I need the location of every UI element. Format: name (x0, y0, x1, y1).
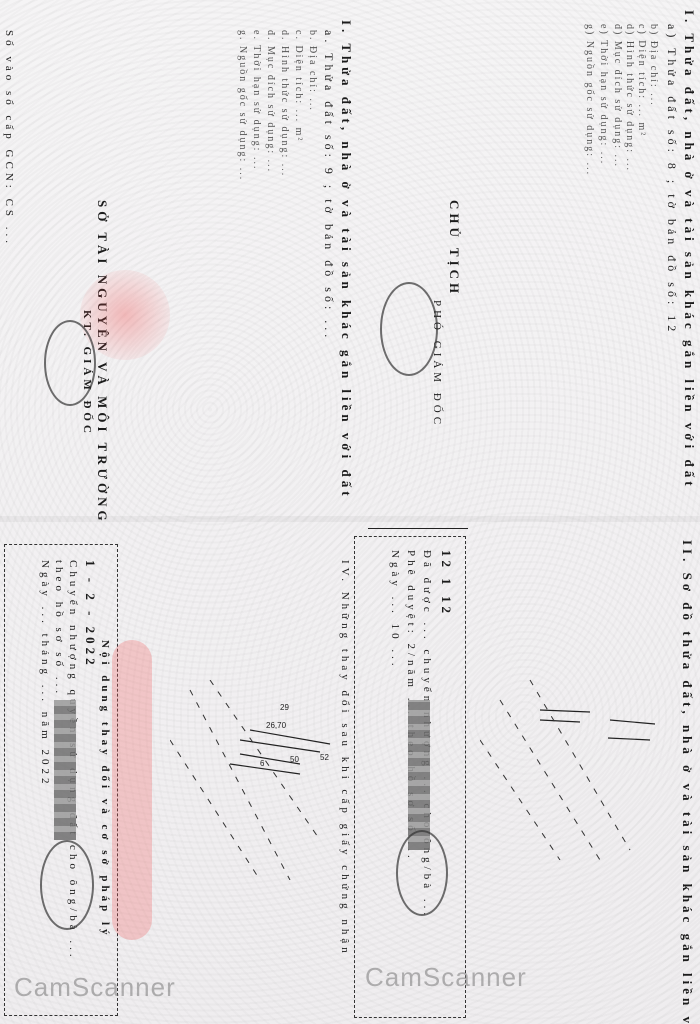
parcel-line: g. Nguồn gốc sử dụng: ... (236, 30, 249, 490)
plot-dimension: 50 (290, 755, 299, 764)
parcel-line: d) Hình thức sử dụng: ... (623, 24, 636, 494)
plot-sketch (480, 660, 680, 860)
panel-heading: II. Sơ đồ thửa đất, nhà ở và tài sản khá… (681, 540, 694, 1020)
plot-dimension: 52 (320, 753, 329, 762)
parcel-line: d. Hình thức sử dụng: ... (278, 30, 291, 490)
parcel-line: e) Thời hạn sử dụng: ... (597, 24, 610, 494)
plot-dimension: 6 (260, 759, 265, 768)
scanner-watermark: CamScanner (14, 972, 176, 1003)
parcel-line: c. Diện tích: ... m² (292, 30, 305, 490)
parcel-line: c) Diện tích: ... m² (635, 24, 648, 494)
parcel-line: đ) Mục đích sử dụng: ... (611, 24, 624, 494)
parcel-line: b. Địa chỉ: ... (306, 30, 319, 490)
section-caption: Nội dung thay đổi và cơ sở pháp lý (98, 640, 111, 1000)
official-seal (396, 830, 448, 916)
entry-line: Ngày ... 10 ... (388, 550, 401, 970)
panel-heading: I. Thửa đất, nhà ở và tài sản khác gắn l… (683, 10, 696, 490)
entry-code: 12 1 12 (440, 550, 453, 670)
parcel-line: a) Thửa đất số: 8 ; tờ bản đồ số: 12 (665, 24, 678, 494)
section-caption: IV. Những thay đổi sau khi cấp giấy chứn… (338, 560, 351, 980)
plot-dimension: 29 (280, 703, 289, 712)
parcel-line: đ. Mục đích sử dụng: ... (264, 30, 277, 490)
scanner-watermark: CamScanner (365, 962, 527, 993)
official-seal (44, 320, 96, 406)
registry-code: Số vào sổ cấp GCN: CS ... (2, 30, 15, 250)
parcel-line: e. Thời hạn sử dụng: ... (250, 30, 263, 490)
official-seal (380, 282, 438, 376)
plot-dimension: 26,70 (266, 721, 287, 730)
red-signature (112, 640, 152, 940)
parcel-line: b) Địa chỉ: ... (647, 24, 660, 494)
redacted-info (54, 700, 76, 840)
parcel-line: g) Nguồn gốc sử dụng: ... (583, 24, 596, 494)
parcel-line: a. Thửa đất số: 9 ; tờ bản đồ số: ... (322, 30, 335, 490)
panel-heading: I. Thửa đất, nhà ở và tài sản khác gắn l… (340, 20, 353, 500)
plot-sketch: 26,70 29 6 50 52 (170, 680, 350, 880)
official-seal (40, 840, 94, 930)
entry-code: 1 - 2 - 2022 (84, 560, 97, 680)
redacted-info (408, 700, 430, 850)
authority-title: CHỦ TỊCH (448, 200, 461, 480)
